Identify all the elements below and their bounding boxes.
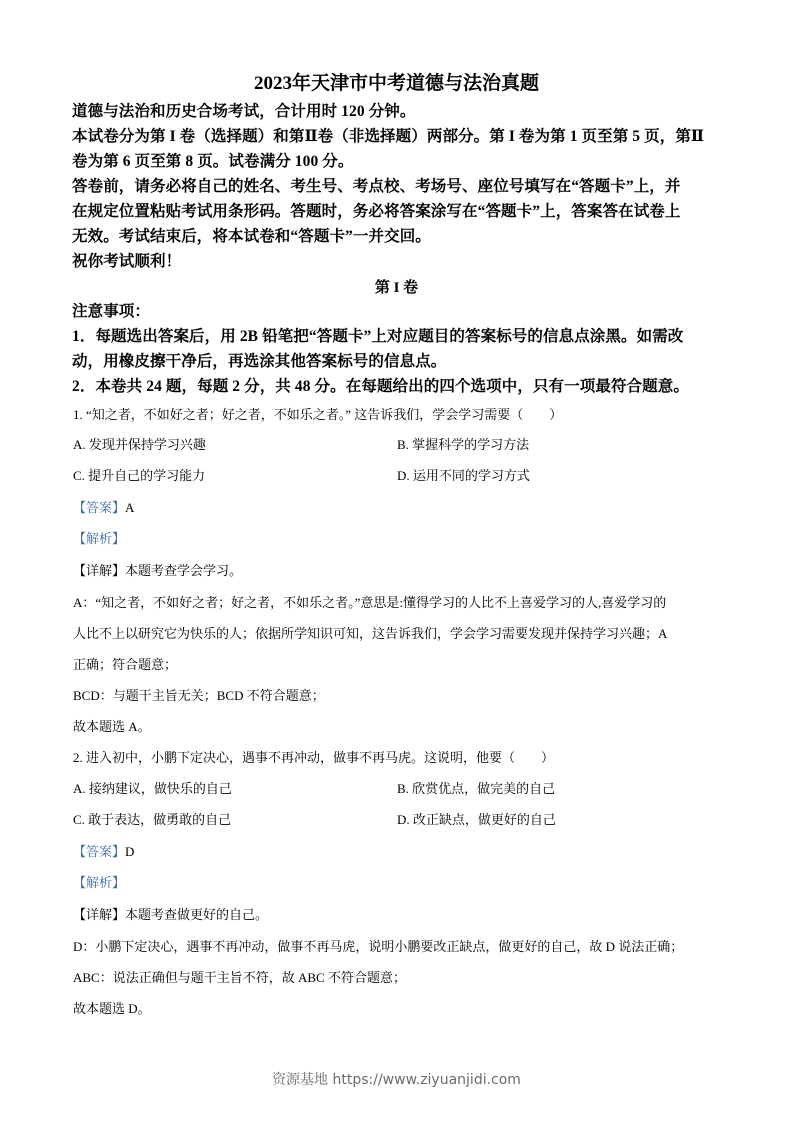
analysis-label: 【解析】 [73, 529, 733, 549]
footer-watermark: 资源基地 https://www.ziyuanjidi.com [0, 1070, 793, 1090]
intro-line: 道德与法治和历史合场考试，合计用时 120 分钟。 [72, 100, 732, 124]
option-a: A. 发现并保持学习兴趣 [73, 435, 206, 455]
answer-value: A [125, 500, 134, 515]
section-title: 第 I 卷 [0, 276, 793, 300]
intro-line: 无效。考试结束后，将本试卷和“答题卡”一并交回。 [72, 225, 732, 249]
detail-line: 【详解】本题考查学会学习。 [73, 561, 733, 581]
detail-line: BCD：与题干主旨无关；BCD 不符合题意； [73, 686, 733, 706]
note-line: 1．每题选出答案后，用 2B 铅笔把“答题卡”上对应题目的答案标号的信息点涂黑。… [72, 325, 732, 349]
answer-label: 【答案】 [73, 500, 125, 515]
page-title: 2023年天津市中考道德与法治真题 [0, 72, 793, 96]
option-c: C. 敢于表达，做勇敢的自己 [73, 810, 231, 830]
detail-line: 故本题选 A。 [73, 717, 733, 737]
intro-line: 在规定位置粘贴考试用条形码。答题时，务必将答案涂写在“答题卡”上，答案答在试卷上 [72, 200, 732, 224]
question-stem: 2. 进入初中，小鹏下定决心，遇事不再冲动，做事不再马虎。这说明，他要（ ） [73, 748, 733, 768]
option-a: A. 接纳建议，做快乐的自己 [73, 779, 232, 799]
intro-line: 卷为第 6 页至第 8 页。试卷满分 100 分。 [72, 150, 732, 174]
answer-label: 【答案】 [73, 844, 125, 859]
option-d: D. 改正缺点，做更好的自己 [397, 810, 556, 830]
option-c: C. 提升自己的学习能力 [73, 466, 205, 486]
detail-line: ABC：说法正确但与题干主旨不符，故 ABC 不符合题意； [73, 968, 733, 988]
notes-heading: 注意事项： [72, 300, 732, 324]
question-stem: 1. “知之者，不如好之者；好之者，不如乐之者。” 这告诉我们，学会学习需要（ … [73, 405, 733, 425]
intro-line: 本试卷分为第 I 卷（选择题）和第Ⅱ卷（非选择题）两部分。第 I 卷为第 1 页… [72, 125, 732, 149]
detail-line: 人比不上以研究它为快乐的人；依据所学知识可知，这告诉我们，学会学习需要发现并保持… [73, 624, 733, 644]
detail-line: 【详解】本题考查做更好的自己。 [73, 905, 733, 925]
note-line: 动，用橡皮擦干净后，再选涂其他答案标号的信息点。 [72, 350, 732, 374]
option-b: B. 欣赏优点，做完美的自己 [397, 779, 555, 799]
analysis-label: 【解析】 [73, 873, 733, 893]
intro-line: 祝你考试顺利！ [72, 250, 732, 274]
intro-line: 答卷前，请务必将自己的姓名、考生号、考点校、考场号、座位号填写在“答题卡”上，并 [72, 175, 732, 199]
exam-page: 2023年天津市中考道德与法治真题 道德与法治和历史合场考试，合计用时 120 … [0, 0, 793, 1122]
option-b: B. 掌握科学的学习方法 [397, 435, 529, 455]
detail-line: A：“知之者，不如好之者；好之者，不如乐之者。”意思是:懂得学习的人比不上喜爱学… [73, 593, 733, 613]
detail-line: 故本题选 D。 [73, 999, 733, 1019]
detail-line: D：小鹏下定决心，遇事不再冲动，做事不再马虎，说明小鹏要改正缺点，做更好的自己，… [73, 937, 733, 957]
option-d: D. 运用不同的学习方式 [397, 466, 530, 486]
answer-value: D [125, 844, 134, 859]
answer-line: 【答案】A [73, 498, 733, 518]
answer-line: 【答案】D [73, 842, 733, 862]
detail-line: 正确；符合题意； [73, 655, 733, 675]
note-line: 2．本卷共 24 题，每题 2 分，共 48 分。在每题给出的四个选项中，只有一… [72, 375, 732, 399]
